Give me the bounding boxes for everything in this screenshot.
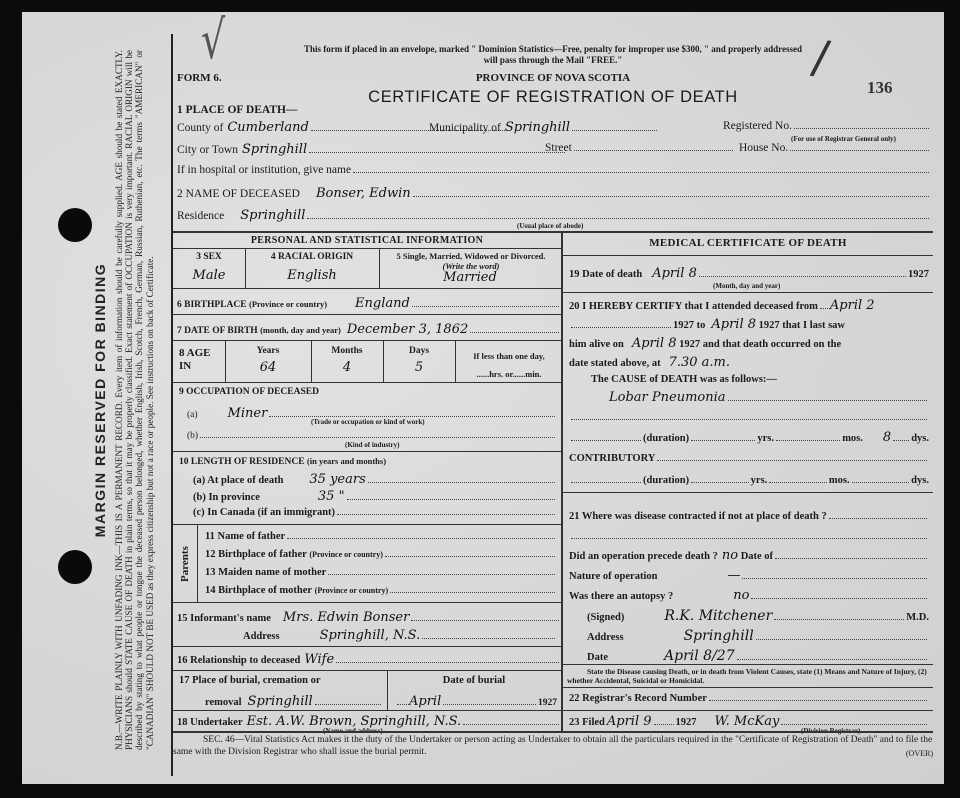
street-row: Street xyxy=(545,142,735,154)
burial-date-value: April xyxy=(409,694,441,709)
days-value: 5 xyxy=(383,360,455,375)
operation-row: Did an operation precede death ?no Date … xyxy=(569,548,929,563)
deceased-name-value: Bonser, Edwin xyxy=(316,186,411,201)
signed-row: (Signed)R.K. MitchenerM.D. xyxy=(587,608,929,624)
informant-value: Mrs. Edwin Bonser xyxy=(283,610,409,625)
divider xyxy=(173,710,561,711)
filed-value: April 9 xyxy=(607,714,652,729)
residence-note: (Usual place of abode) xyxy=(517,222,583,230)
divider xyxy=(173,340,561,341)
divider xyxy=(173,382,561,383)
physician-date-row: DateApril 8/27 xyxy=(587,648,929,664)
attended-from-value: April 2 xyxy=(830,298,875,313)
death-date-value: April 8 xyxy=(652,266,697,281)
days-label: Days xyxy=(383,346,455,356)
burial-place-value: Springhill xyxy=(248,694,313,709)
death-year: 1927 xyxy=(908,269,929,280)
at-place-value: 35 years xyxy=(309,472,365,487)
divider xyxy=(563,292,933,293)
last-alive-row: him alive onApril 8 1927 and that death … xyxy=(569,336,929,351)
occupation-b-row: (b) xyxy=(187,429,557,441)
punch-hole xyxy=(58,208,92,242)
residence-value: Springhill xyxy=(240,208,305,223)
racial-origin-label: 4 RACIAL ORIGIN xyxy=(245,252,379,262)
divider xyxy=(455,340,456,382)
footer-text: SEC. 46—Vital Statistics Act makes it th… xyxy=(173,735,932,757)
mother-birthplace-row: 14 Birthplace of mother (Province or cou… xyxy=(205,584,557,596)
burial-date-row: April1927 xyxy=(395,694,557,709)
certify-row: 20 I HEREBY CERTIFY that I attended dece… xyxy=(569,298,929,313)
divider xyxy=(173,231,933,233)
cause-row-2 xyxy=(569,411,929,420)
cause-duration-row: (duration)yrs.mos.8dys. xyxy=(569,430,929,445)
divider xyxy=(173,646,561,647)
column-divider xyxy=(561,231,563,731)
mother-maiden-row: 13 Maiden name of mother xyxy=(205,566,557,578)
divider xyxy=(563,687,933,688)
divider xyxy=(563,664,933,665)
certificate-number: 136 xyxy=(867,78,893,98)
notice-line-1: This form if placed in an envelope, mark… xyxy=(173,44,933,55)
deceased-name-row: 2 NAME OF DECEASEDBonser, Edwin xyxy=(177,186,931,201)
time-of-death-value: 7.30 a.m. xyxy=(669,355,730,370)
city-value: Springhill xyxy=(242,142,307,157)
death-date-note: (Month, day and year) xyxy=(713,282,780,290)
registered-no-row: Registered No. xyxy=(723,120,931,132)
physician-address-row: AddressSpringhill xyxy=(587,628,929,644)
medical-section-title: MEDICAL CERTIFICATE OF DEATH xyxy=(563,237,933,249)
attended-to-year: 1927 xyxy=(759,320,780,331)
burial-label: 17 Place of burial, cremation or xyxy=(179,675,321,686)
informant-address-value: Springhill, N.S. xyxy=(320,628,421,643)
death-certificate-form: √ / This form if placed in an envelope, … xyxy=(171,34,931,776)
contracted-row: 21 Where was disease contracted if not a… xyxy=(569,510,929,522)
county-value: Cumberland xyxy=(227,120,308,135)
in-province-row: (b) In province35 " xyxy=(193,489,557,504)
burial-date-label: Date of burial xyxy=(387,675,561,686)
divider xyxy=(173,314,561,315)
residence-length-label: 10 LENGTH OF RESIDENCE (in years and mon… xyxy=(179,456,386,467)
burial-place-row: removalSpringhill xyxy=(205,694,383,709)
signed-value: R.K. Mitchener xyxy=(664,608,772,624)
in-canada-row: (c) In Canada (if an immigrant) xyxy=(193,506,557,518)
cause-value: Lobar Pneumonia xyxy=(609,390,726,405)
sex-value: Male xyxy=(173,268,245,283)
divider xyxy=(563,255,933,256)
birthplace-row: 6 BIRTHPLACE (Province or country)Englan… xyxy=(177,296,561,311)
cause-label: The CAUSE of DEATH was as follows:— xyxy=(591,374,777,385)
months-value: 4 xyxy=(311,360,383,375)
years-label: Years xyxy=(225,346,311,356)
filed-row: 23 FiledApril 91927W. McKay xyxy=(569,714,929,729)
nature-row: Nature of operation— xyxy=(569,568,929,583)
divider xyxy=(173,451,561,452)
dob-row: 7 DATE OF BIRTH (month, day and year)Dec… xyxy=(177,322,561,337)
contributory-row: CONTRIBUTORY xyxy=(569,452,929,464)
last-alive-value: April 8 xyxy=(632,336,677,351)
sex-label: 3 SEX xyxy=(173,252,245,262)
duration-days-value: 8 xyxy=(883,430,891,445)
physician-address-value: Springhill xyxy=(684,628,754,644)
house-no-row: House No. xyxy=(739,142,931,154)
months-label: Months xyxy=(311,346,383,356)
operation-value: no xyxy=(722,548,738,563)
birthplace-value: England xyxy=(355,296,410,311)
father-birthplace-row: 12 Birthplace of father (Province or cou… xyxy=(205,548,557,560)
attended-to-value: April 8 xyxy=(711,317,756,332)
contracted-row-2 xyxy=(569,530,929,539)
divider xyxy=(173,524,561,525)
binding-margin: MARGIN RESERVED FOR BINDING N.B.—WRITE P… xyxy=(88,40,166,760)
hospital-row: If in hospital or institution, give name xyxy=(177,164,931,176)
over-label: (OVER) xyxy=(876,748,933,760)
in-province-value: 35 " xyxy=(318,489,345,504)
burial-year: 1927 xyxy=(538,698,557,708)
informant-address-row: AddressSpringhill, N.S. xyxy=(243,628,557,643)
municipality-row: Municipality ofSpringhill xyxy=(429,120,659,135)
time-of-death-row: date stated above, at7.30 a.m. xyxy=(569,355,929,370)
informant-row: 15 Informant's nameMrs. Edwin Bonser xyxy=(177,610,561,625)
divider xyxy=(173,602,561,603)
divider xyxy=(173,670,561,671)
record-number-row: 22 Registrar's Record Number xyxy=(569,692,929,704)
margin-instructions: N.B.—WRITE PLAINLY WITH UNFADING INK—THI… xyxy=(114,50,155,750)
nature-value: — xyxy=(727,568,740,583)
dob-value: December 3, 1862 xyxy=(347,322,468,337)
personal-section-title: PERSONAL AND STATISTICAL INFORMATION xyxy=(173,235,561,246)
less-than-day: If less than one day,......hrs. or......… xyxy=(457,347,561,383)
parents-label: Parents xyxy=(179,546,191,582)
city-row: City or TownSpringhill xyxy=(177,142,567,157)
occupation-note: (Trade or occupation or kind of work) xyxy=(311,418,425,426)
autopsy-row: Was there an autopsy ?no xyxy=(569,588,929,603)
divider xyxy=(173,288,561,289)
footer-note: SEC. 46—Vital Statistics Act makes it th… xyxy=(173,734,933,760)
cause-instruction-note: State the Disease causing Death, or in d… xyxy=(567,667,929,685)
occupation-value: Miner xyxy=(228,406,268,421)
father-name-row: 11 Name of father xyxy=(205,530,557,542)
occupation-label: 9 OCCUPATION OF DECEASED xyxy=(179,387,319,397)
divider xyxy=(563,492,933,493)
autopsy-value: no xyxy=(733,588,749,603)
postal-notice: This form if placed in an envelope, mark… xyxy=(173,44,933,66)
punch-hole xyxy=(58,550,92,584)
marital-value: Married xyxy=(379,270,561,285)
residence-row: ResidenceSpringhill xyxy=(177,208,931,223)
years-value: 64 xyxy=(225,360,311,375)
physician-date-value: April 8/27 xyxy=(664,648,735,664)
racial-origin-value: English xyxy=(245,268,379,283)
municipality-value: Springhill xyxy=(505,120,570,135)
cause-row: Lobar Pneumonia xyxy=(569,390,929,405)
filed-year: 1927 xyxy=(676,717,697,728)
contributory-duration-row: (duration)yrs.mos.dys. xyxy=(569,474,929,486)
industry-note: (Kind of industry) xyxy=(345,441,399,449)
at-place-row: (a) At place of death35 years xyxy=(193,472,557,487)
divider xyxy=(173,731,933,733)
divider xyxy=(197,524,198,602)
relationship-value: Wife xyxy=(304,652,334,667)
last-alive-year: 1927 xyxy=(679,339,700,350)
relationship-row: 16 Relationship to deceasedWife xyxy=(177,652,561,667)
age-label: 8 AGE IN xyxy=(179,347,219,373)
notice-line-2: will pass through the Mail "FREE." xyxy=(173,55,933,66)
registrar-value: W. McKay xyxy=(715,714,780,729)
margin-title: MARGIN RESERVED FOR BINDING xyxy=(92,263,108,537)
divider xyxy=(563,710,933,711)
province-heading: PROVINCE OF NOVA SCOTIA xyxy=(173,72,933,84)
divider xyxy=(173,248,561,249)
marital-label: 5 Single, Married, Widowed or Divorced. … xyxy=(385,251,557,271)
death-date-row: 19 Date of deathApril 81927 xyxy=(569,266,929,281)
attended-from-year: 1927 xyxy=(673,320,694,331)
attended-period-row: 1927 toApril 8 1927 that I last saw xyxy=(569,317,929,332)
place-of-death-label: 1 PLACE OF DEATH— xyxy=(177,104,297,116)
